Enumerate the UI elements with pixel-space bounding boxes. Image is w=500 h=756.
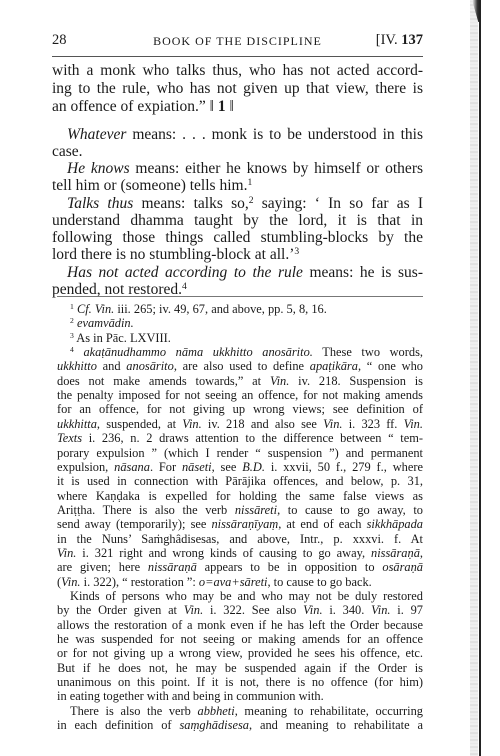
text-run: means: talks so, [133, 195, 249, 212]
italic-term: nissāraṇīyaṃ [211, 517, 278, 531]
book-page: 28 BOOK OF THE DISCIPLINE [IV. 137 with … [0, 0, 500, 756]
text-run: lord there is no stumbling-block at all.… [52, 246, 294, 263]
italic-term: apaṭikāra [310, 359, 358, 373]
text-run: in each definition of [57, 718, 179, 732]
text-run: with a monk who talks thus, who has not … [52, 62, 423, 79]
body-line: Has not acted according to the rule mean… [67, 264, 423, 281]
italic-term: Vin. [371, 603, 390, 617]
footnote-line: the penalty imposed for not seeing an of… [57, 388, 423, 402]
italic-term: saṃghādisesa [179, 718, 249, 732]
footnote-line: There is also the verb abbheti, meaning … [70, 704, 423, 718]
footnote-line: for an offence, for not giving up wrong … [57, 402, 423, 416]
text-run: As in Pāc. LXVIII. [74, 331, 171, 345]
body-line: following those things called stumbling-… [52, 229, 423, 246]
text-run: i. 97 [391, 603, 424, 617]
text-run: i. 321 right and wrong kinds of causing … [76, 546, 371, 560]
body-line: He knows means: either he knows by himse… [67, 160, 423, 177]
text-run [74, 345, 84, 359]
italic-term: nissāraṇā [371, 546, 420, 560]
text-run: i. xxvii, 50 f., 279 f., where [265, 460, 423, 474]
text-run: tell him or (someone) tells him. [52, 177, 247, 194]
text-run: These two words, [313, 345, 423, 359]
text-run: for an offence, for not giving up wrong … [57, 402, 423, 416]
text-run: allows the restoration of a monk even if… [57, 618, 423, 632]
footnote-marker: 3 [294, 246, 299, 257]
text-run: There is also the verb [70, 704, 198, 718]
text-run: 1 [218, 98, 226, 115]
text-run: saying: ‘ In so far as I [254, 195, 423, 212]
text-run: iii. 265; iv. 49, 67, and above, pp. 5, … [114, 302, 327, 316]
italic-term: ukkhitto [57, 359, 97, 373]
footnote-line: allows the restoration of a monk even if… [57, 618, 423, 632]
footnote-line: in each definition of saṃghādisesa, and … [57, 718, 423, 732]
italic-term: Texts [57, 431, 82, 445]
footnote-line: does not make amends towards,” at Vin. i… [57, 374, 423, 388]
text-run: unanimous on this point. If it is not, t… [57, 675, 423, 689]
text-run: , meaning to rehabilitate, occurring [235, 704, 423, 718]
text-run: he was suspended for not seeing or makin… [57, 632, 423, 646]
text-run: i. 340. [323, 603, 372, 617]
italic-term: ukkhitta [57, 417, 97, 431]
text-run: or for not giving up a wrong view, provi… [57, 646, 423, 660]
italic-term: Vin. [270, 374, 289, 388]
footnote-line: or for not giving up a wrong view, provi… [57, 646, 423, 660]
body-line: lord there is no stumbling-block at all.… [52, 246, 423, 263]
footnote-line: it is used in connection with Pārājika o… [57, 474, 423, 488]
body-line: tell him or (someone) tells him.1 [52, 177, 423, 194]
text-run: where Kaṇḍaka is expelled for holding th… [57, 489, 423, 503]
text-run: ‖ [226, 98, 234, 115]
italic-term: Talks thus [67, 195, 133, 212]
footnote-line: But if he does not, he may be suspended … [57, 661, 423, 675]
page-edge-shadow [470, 0, 478, 756]
italic-term: Vin. [57, 546, 76, 560]
italic-term: Vin. [61, 575, 80, 589]
body-line: case. [52, 143, 423, 160]
text-run: , “ one who [358, 359, 423, 373]
italic-term: He knows [67, 160, 130, 177]
footnote-line: unanimous on this point. If it is not, t… [57, 675, 423, 689]
footnote-line: Kinds of persons who may be and who may … [70, 589, 423, 603]
text-run: case. [52, 143, 83, 160]
section-reference: [IV. 137 [376, 31, 423, 49]
text-run: appears to be in opposition to [197, 560, 383, 574]
footnote-line: ukkhitta, suspended, at Vin. iv. 218 and… [57, 417, 423, 431]
running-title: BOOK OF THE DISCIPLINE [52, 32, 423, 50]
italic-term: abbheti [198, 704, 235, 718]
section-reference-prefix: [IV. [376, 32, 398, 48]
text-run: by the Order given at [57, 603, 184, 617]
italic-term: Vin. [323, 417, 342, 431]
text-run: understand dhamma taught by the lord, it… [52, 212, 423, 229]
text-run: But if he does not, he may be suspended … [57, 661, 423, 675]
body-line: ing to the rule, who has not given up th… [52, 80, 423, 97]
footnote-line: are given; here nissāraṇā appears to be … [57, 560, 423, 574]
footnote-line: by the Order given at Vin. i. 322. See a… [57, 603, 423, 617]
text-run: i. 322), “ restoration ”: [81, 575, 199, 589]
footnote-line: (Vin. i. 322), “ restoration ”: o=ava+sā… [57, 575, 423, 589]
footnote-line: in the Nuns’ Saṁghâdisesas, and above, I… [57, 532, 423, 546]
footnote-marker: 4 [182, 281, 187, 292]
italic-term: o=ava+sāreti [199, 575, 268, 589]
running-header: 28 BOOK OF THE DISCIPLINE [IV. 137 [52, 31, 423, 49]
italic-term: osāraṇā [382, 560, 423, 574]
text-run: , to cause to go away, to [277, 503, 423, 517]
text-run: i. 236, n. 2 draws attention to the diff… [82, 431, 423, 445]
footnote-line: send away (temporarily); see nissāraṇīya… [57, 517, 423, 531]
footnote-line: he was suspended for not seeing or makin… [57, 632, 423, 646]
italic-term: Vin. [404, 417, 423, 431]
italic-term: nissāreti [235, 503, 277, 517]
text-run: , are also used to define [174, 359, 310, 373]
footnote-line: Texts i. 236, n. 2 draws attention to th… [57, 431, 423, 445]
text-run: send away (temporarily); see [57, 517, 211, 531]
text-run: following those things called stumbling-… [52, 229, 423, 246]
italic-term: nāsana [114, 460, 150, 474]
italic-term: Whatever [67, 126, 126, 143]
italic-term: akaṭānudhammo nāma ukkhitto anosārito. [83, 345, 312, 359]
footnote-line: Vin. i. 321 right and wrong kinds of cau… [57, 546, 423, 560]
italic-term: Vin. [182, 417, 201, 431]
body-line: Whatever means: . . . monk is to be unde… [67, 126, 423, 143]
italic-term: Vin. [303, 603, 322, 617]
footnote-line: porary expulsion ” (which I render “ sus… [57, 446, 423, 460]
text-run: expulsion, [57, 460, 114, 474]
italic-term: Has not acted according to the rule [67, 264, 303, 281]
text-run: it is used in connection with Pārājika o… [57, 474, 423, 488]
text-run: Ariṭṭha. There is also the verb [57, 503, 235, 517]
text-run: the penalty imposed for not seeing an of… [57, 388, 423, 402]
text-run: ing to the rule, who has not given up th… [52, 80, 423, 97]
book-spine-edge [479, 0, 481, 756]
footnote-line: Ariṭṭha. There is also the verb nissāret… [57, 503, 423, 517]
text-run: . For [150, 460, 182, 474]
body-line: an offence of expiation.” ‖ 1 ‖ [52, 98, 423, 115]
header-rule [52, 56, 423, 57]
italic-term: evamvādin. [77, 316, 134, 330]
text-run: in the Nuns’ Saṁghâdisesas, and above, I… [57, 532, 423, 546]
footnote-line: 1 Cf. Vin. iii. 265; iv. 49, 67, and abo… [70, 302, 423, 316]
body-line: with a monk who talks thus, who has not … [52, 62, 423, 79]
italic-term: B.D. [242, 460, 265, 474]
text-run: , at end of each [278, 517, 366, 531]
text-run: Kinds of persons who may be and who may … [70, 589, 423, 603]
text-run: means: . . . monk is to be understood in… [126, 126, 423, 143]
text-run: i. 323 ff. [343, 417, 404, 431]
italic-term: sikkhāpada [367, 517, 423, 531]
text-run: means: either he knows by himself or oth… [130, 160, 423, 177]
footnote-line: ukkhitto and anosārito, are also used to… [57, 359, 423, 373]
text-run: , see [212, 460, 243, 474]
section-reference-number: 137 [401, 32, 423, 48]
text-run: are given; here [57, 560, 148, 574]
italic-term: nissāraṇā [148, 560, 197, 574]
text-run: iv. 218 and also see [202, 417, 323, 431]
text-run: and [97, 359, 126, 373]
text-run: in eating together with and being in com… [57, 689, 324, 703]
text-run: i. 322. See also [203, 603, 303, 617]
footnote-separator [57, 296, 423, 297]
text-run: , suspended, at [97, 417, 182, 431]
italic-term: nāseti [182, 460, 212, 474]
text-run: , to cause to go back. [267, 575, 371, 589]
text-run: does not make amends towards,” at [57, 374, 270, 388]
footnote-line: in eating together with and being in com… [57, 689, 423, 703]
text-run: an offence of expiation.” ‖ [52, 98, 218, 115]
footnote-line: 4 akaṭānudhammo nāma ukkhitto anosārito.… [70, 345, 423, 359]
footnote-line: where Kaṇḍaka is expelled for holding th… [57, 489, 423, 503]
text-run: , [420, 546, 423, 560]
italic-term: anosārito [126, 359, 174, 373]
text-run: iv. 218. Suspension is [289, 374, 423, 388]
text-run: porary expulsion ” (which I render “ sus… [57, 446, 423, 460]
body-line: understand dhamma taught by the lord, it… [52, 212, 423, 229]
italic-term: Vin. [184, 603, 203, 617]
footnote-marker: 1 [247, 177, 252, 188]
italic-term: Cf. Vin. [77, 302, 114, 316]
text-run: , and meaning to rehabilitate a [249, 718, 423, 732]
body-line: Talks thus means: talks so,2 saying: ‘ I… [67, 195, 423, 212]
footnote-line: 3 As in Pāc. LXVIII. [70, 331, 423, 345]
text-run: means: he is sus- [303, 264, 423, 281]
footnote-line: 2 evamvādin. [70, 316, 423, 330]
footnote-line: expulsion, nāsana. For nāseti, see B.D. … [57, 460, 423, 474]
